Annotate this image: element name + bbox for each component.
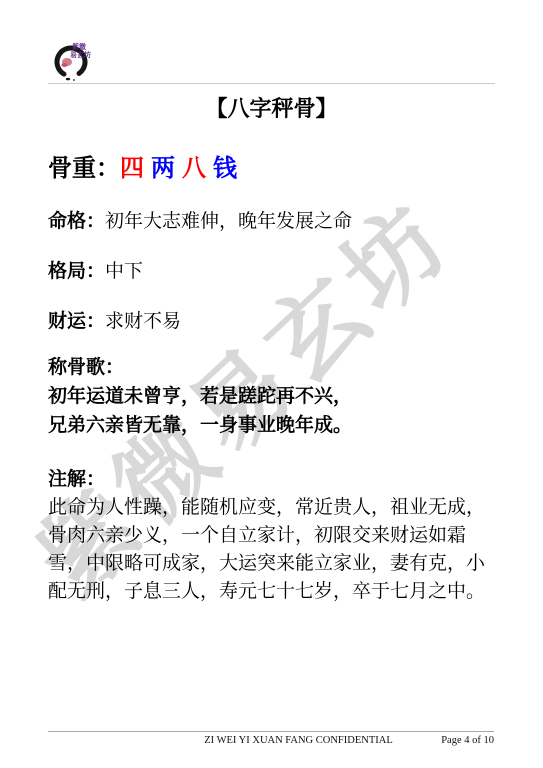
field-caiyun-value: 求财不易 xyxy=(105,311,181,332)
annotation-heading: 注解： xyxy=(48,466,495,494)
page-content: 紫微 易玄坊 【八字秤骨】 骨重：四两八钱 命格：初年大志难伸，晚年发展之命 格… xyxy=(0,0,543,606)
field-geju: 格局：中下 xyxy=(48,260,495,284)
annotation-line-1: 此命为人性躁，能随机应变，常近贵人，祖业无成， xyxy=(48,494,495,522)
field-geju-label: 格局： xyxy=(48,261,105,282)
document-page: 紫微易玄坊 紫微 易玄坊 【八字秤骨】 骨重：四两八钱 命格：初年大志难伸，晚年… xyxy=(0,0,543,768)
bone-weight-char-3: 八 xyxy=(182,154,206,184)
poem-line-1: 初年运道未曾亨，若是蹉跎再不兴， xyxy=(48,382,495,411)
annotation-line-3: 雪，中限略可成家，大运突来能立家业，妻有克，小 xyxy=(48,550,495,578)
ink-brush-logo-icon: 紫微 易玄坊 xyxy=(54,36,94,83)
annotation-line-2: 骨肉六亲少义，一个自立家计，初限交来财运如霜 xyxy=(48,522,495,550)
bone-weight-char-4: 钱 xyxy=(213,154,237,184)
annotation-line-4: 配无刑，子息三人，寿元七十七岁，卒于七月之中。 xyxy=(48,578,495,606)
page-number: Page 4 of 10 xyxy=(441,735,494,746)
page-title: 【八字秤骨】 xyxy=(48,95,495,123)
bone-weight-label: 骨重： xyxy=(48,155,120,182)
field-caiyun: 财运：求财不易 xyxy=(48,310,495,334)
page-header: 紫微 易玄坊 xyxy=(48,0,495,84)
field-caiyun-label: 财运： xyxy=(48,311,105,332)
logo-text-line2: 易玄坊 xyxy=(70,50,91,59)
field-mingge-label: 命格： xyxy=(48,211,105,232)
field-mingge: 命格：初年大志难伸，晚年发展之命 xyxy=(48,210,495,234)
poem-section: 称骨歌： 初年运道未曾亨，若是蹉跎再不兴， 兄弟六亲皆无靠，一身事业晚年成。 xyxy=(48,353,495,440)
bone-weight-row: 骨重：四两八钱 xyxy=(48,154,495,184)
logo-text-line1: 紫微 xyxy=(72,42,86,51)
poem-heading: 称骨歌： xyxy=(48,353,495,382)
confidential-text: ZI WEI YI XUAN FANG CONFIDENTIAL xyxy=(103,735,494,746)
brand-logo: 紫微 易玄坊 xyxy=(54,36,94,83)
bone-weight-char-2: 两 xyxy=(151,154,175,184)
field-mingge-value: 初年大志难伸，晚年发展之命 xyxy=(105,211,352,232)
bone-weight-char-1: 四 xyxy=(120,154,144,184)
annotation-section: 注解： 此命为人性躁，能随机应变，常近贵人，祖业无成， 骨肉六亲少义，一个自立家… xyxy=(48,466,495,606)
field-geju-value: 中下 xyxy=(105,261,143,282)
page-footer: ZI WEI YI XUAN FANG CONFIDENTIAL Page 4 … xyxy=(48,731,494,754)
poem-line-2: 兄弟六亲皆无靠，一身事业晚年成。 xyxy=(48,411,495,440)
